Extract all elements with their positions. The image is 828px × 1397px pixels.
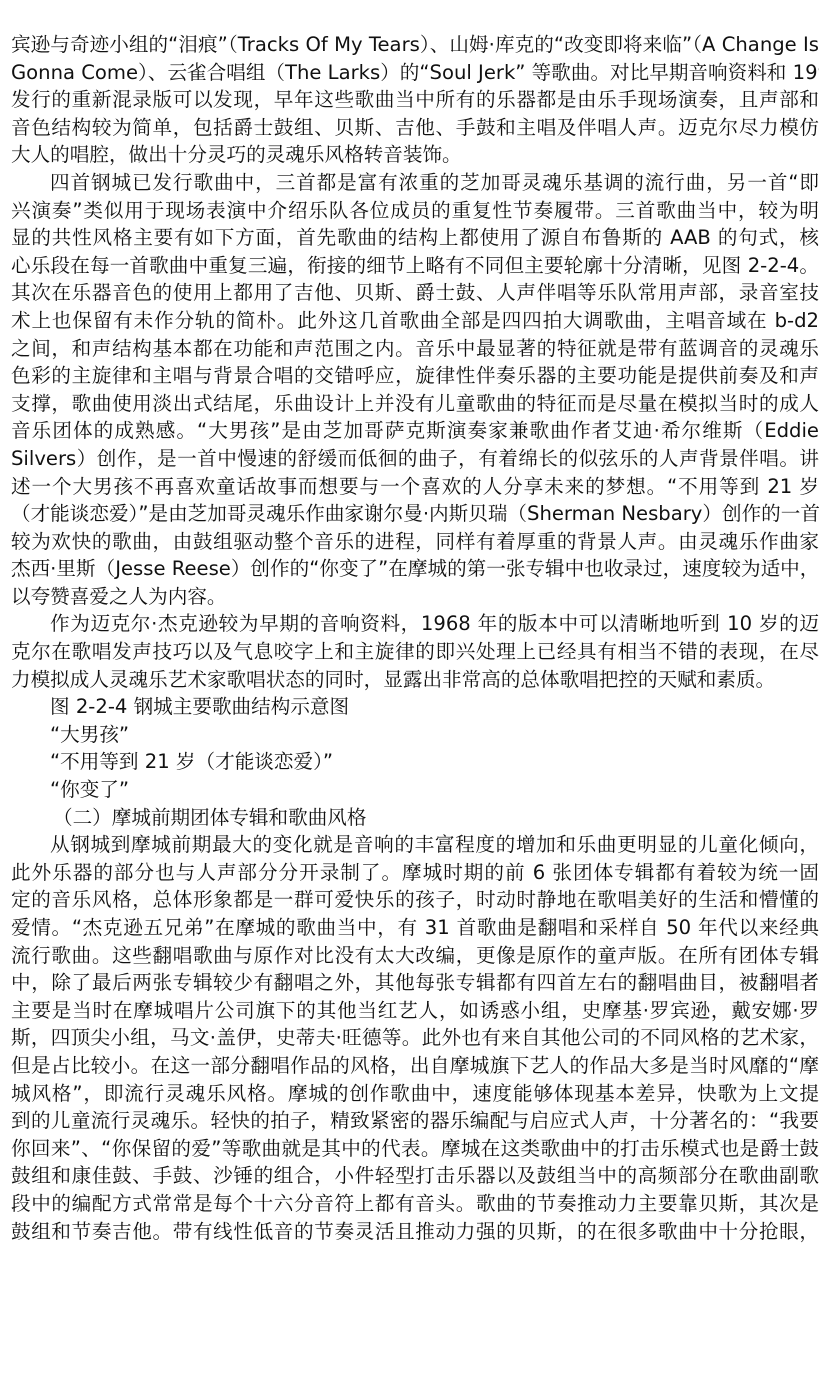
figure-item: “不用等到 21 岁（才能谈恋爱）” bbox=[11, 748, 819, 776]
text-line: 流行歌曲。这些翻唱歌曲与原作对比没有太大改编，更像是原作的童声版。在所有团体专辑 bbox=[11, 942, 819, 970]
text-line: 其次在乐器音色的使用上都用了吉他、贝斯、爵士鼓、人声伴唱等乐队常用声部，录音室技 bbox=[11, 279, 819, 307]
figure-block: 图 2-2-4 钢城主要歌曲结构示意图 “大男孩” “不用等到 21 岁（才能谈… bbox=[11, 693, 819, 803]
text-line: 定的音乐风格，总体形象都是一群可爱快乐的孩子，时动时静地在歌唱美好的生活和懵懂的 bbox=[11, 886, 819, 914]
text-line: 杰西·里斯（Jesse Reese）创作的“你变了”在摩城的第一张专辑中也收录过… bbox=[11, 555, 819, 583]
paragraph-3: 作为迈克尔·杰克逊较为早期的音响资料，1968 年的版本中可以清晰地听到 10 … bbox=[11, 610, 819, 693]
text-line: 鼓组和节奏吉他。带有线性低音的节奏灵活且推动力强的贝斯，的在很多歌曲中十分抢眼， bbox=[11, 1218, 819, 1246]
text-line: 发行的重新混录版可以发现，早年这些歌曲当中所有的乐器都是由乐手现场演奏，且声部和 bbox=[11, 86, 819, 114]
text-line: 但是占比较小。在这一部分翻唱作品的风格，出自摩城旗下艺人的作品大多是当时风靡的“… bbox=[11, 1052, 819, 1080]
text-line: 大人的唱腔，做出十分灵巧的灵魂乐风格转音装饰。 bbox=[11, 141, 819, 169]
text-line: 以夸赞喜爱之人为内容。 bbox=[11, 583, 819, 611]
text-line: 较为欢快的歌曲，由鼓组驱动整个音乐的进程，同样有着厚重的背景人声。由灵魂乐作曲家 bbox=[11, 528, 819, 556]
text-line: 主要是当时在摩城唱片公司旗下的其他当红艺人，如诱惑小组，史摩基·罗宾逊，戴安娜·… bbox=[11, 997, 819, 1025]
text-line: 音乐团体的成熟感。“大男孩”是由芝加哥萨克斯演奏家兼歌曲作者艾迪·希尔维斯（Ed… bbox=[11, 417, 819, 445]
text-line: 作为迈克尔·杰克逊较为早期的音响资料，1968 年的版本中可以清晰地听到 10 … bbox=[11, 610, 819, 638]
text-line: 力模拟成人灵魂乐艺术家歌唱状态的同时，显露出非常高的总体歌唱把控的天赋和素质。 bbox=[11, 666, 819, 694]
text-line: 心乐段在每一首歌曲中重复三遍，衔接的细节上略有不同但主要轮廓十分清晰，见图 2-… bbox=[11, 252, 819, 280]
text-line: 克尔在歌唱发声技巧以及气息咬字上和主旋律的即兴处理上已经具有相当不错的表现，在尽 bbox=[11, 638, 819, 666]
paragraph-4: 从钢城到摩城前期最大的变化就是音响的丰富程度的增加和乐曲更明显的儿童化倾向， 此… bbox=[11, 831, 819, 1245]
document-page: 宾逊与奇迹小组的“泪痕”（Tracks Of My Tears）、山姆·库克的“… bbox=[11, 31, 819, 1245]
text-line: 之间，和声结构基本都在功能和声范围之内。音乐中最显著的特征就是带有蓝调音的灵魂乐 bbox=[11, 335, 819, 363]
text-line: 鼓组和康佳鼓、手鼓、沙锤的组合，小件轻型打击乐器以及鼓组当中的高频部分在歌曲副歌 bbox=[11, 1162, 819, 1190]
text-line: Silvers）创作，是一首中慢速的舒缓而低徊的曲子，有着绵长的似弦乐的人声背景… bbox=[11, 445, 819, 473]
paragraph-1: 宾逊与奇迹小组的“泪痕”（Tracks Of My Tears）、山姆·库克的“… bbox=[11, 31, 819, 169]
figure-item: “大男孩” bbox=[11, 721, 819, 749]
section-heading: （二）摩城前期团体专辑和歌曲风格 bbox=[11, 804, 819, 832]
text-line: 显的共性风格主要有如下方面，首先歌曲的结构上都使用了源自布鲁斯的 AAB 的句式… bbox=[11, 224, 819, 252]
text-line: 斯，四顶尖小组，马文·盖伊，史蒂夫·旺德等。此外也有来自其他公司的不同风格的艺术… bbox=[11, 1024, 819, 1052]
text-line: 色彩的主旋律和主唱与背景合唱的交错呼应，旋律性伴奏乐器的主要功能是提供前奏及和声 bbox=[11, 362, 819, 390]
figure-item: “你变了” bbox=[11, 776, 819, 804]
text-line: 段中的编配方式常常是每个十六分音符上都有音头。歌曲的节奏推动力主要靠贝斯，其次是 bbox=[11, 1190, 819, 1218]
text-line: 城风格”，即流行灵魂乐风格。摩城的创作歌曲中，速度能够体现基本差异，快歌为上文提 bbox=[11, 1080, 819, 1108]
text-line: 此外乐器的部分也与人声部分分开录制了。摩城时期的前 6 张团体专辑都有着较为统一… bbox=[11, 859, 819, 887]
text-line: 到的儿童流行灵魂乐。轻快的拍子，精致紧密的器乐编配与启应式人声，十分著名的：“我… bbox=[11, 1107, 819, 1135]
figure-caption: 图 2-2-4 钢城主要歌曲结构示意图 bbox=[11, 693, 819, 721]
text-line: 术上也保留有未作分轨的简朴。此外这几首歌曲全部是四四拍大调歌曲，主唱音域在 b-… bbox=[11, 307, 819, 335]
text-line: 中，除了最后两张专辑较少有翻唱之外，其他每张专辑都有四首左右的翻唱曲目，被翻唱者 bbox=[11, 969, 819, 997]
text-line: （才能谈恋爱）”是由芝加哥灵魂乐作曲家谢尔曼·内斯贝瑞（Sherman Nesb… bbox=[11, 500, 819, 528]
text-line: 你回来”、“你保留的爱”等歌曲就是其中的代表。摩城在这类歌曲中的打击乐模式也是爵… bbox=[11, 1135, 819, 1163]
text-line: 爱情。“杰克逊五兄弟”在摩城的歌曲当中，有 31 首歌曲是翻唱和采样自 50 年… bbox=[11, 914, 819, 942]
text-line: 音色结构较为简单，包括爵士鼓组、贝斯、吉他、手鼓和主唱及伴唱人声。迈克尔尽力模仿 bbox=[11, 114, 819, 142]
text-line: 述一个大男孩不再喜欢童话故事而想要与一个喜欢的人分享未来的梦想。“不用等到 21… bbox=[11, 473, 819, 501]
text-line: Gonna Come）、云雀合唱组（The Larks）的“Soul Jerk”… bbox=[11, 59, 819, 87]
paragraph-2: 四首钢城已发行歌曲中，三首都是富有浓重的芝加哥灵魂乐基调的流行曲，另一首“即 兴… bbox=[11, 169, 819, 611]
text-line: 从钢城到摩城前期最大的变化就是音响的丰富程度的增加和乐曲更明显的儿童化倾向， bbox=[11, 831, 819, 859]
text-line: 四首钢城已发行歌曲中，三首都是富有浓重的芝加哥灵魂乐基调的流行曲，另一首“即 bbox=[11, 169, 819, 197]
text-line: 支撑，歌曲使用淡出式结尾，乐曲设计上并没有儿童歌曲的特征而是尽量在模拟当时的成人 bbox=[11, 390, 819, 418]
text-line: 兴演奏”类似用于现场表演中介绍乐队各位成员的重复性节奏履带。三首歌曲当中，较为明 bbox=[11, 197, 819, 225]
text-line: 宾逊与奇迹小组的“泪痕”（Tracks Of My Tears）、山姆·库克的“… bbox=[11, 31, 819, 59]
